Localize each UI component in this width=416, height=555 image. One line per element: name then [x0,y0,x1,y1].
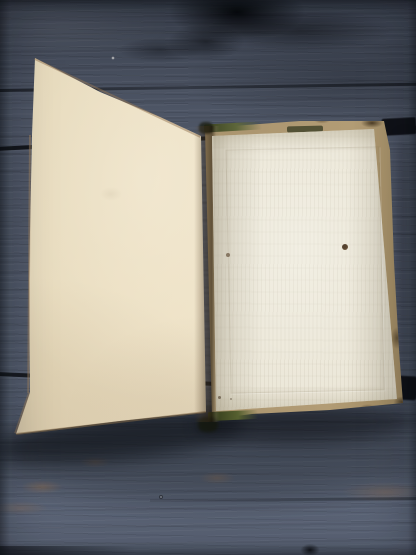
endpaper-emboss-panel [225,146,384,393]
photo-open-book-on-wood [0,0,416,555]
foxing-speck-2 [230,398,232,400]
cover-cloth-green-top-patch [287,126,323,133]
foxing-spot-large [342,244,348,250]
plank-gap-bottom-left [0,546,135,555]
foxing-spot-small [226,253,230,257]
foxing-speck-1 [218,396,221,399]
plank-gap-right-upper [382,117,416,136]
